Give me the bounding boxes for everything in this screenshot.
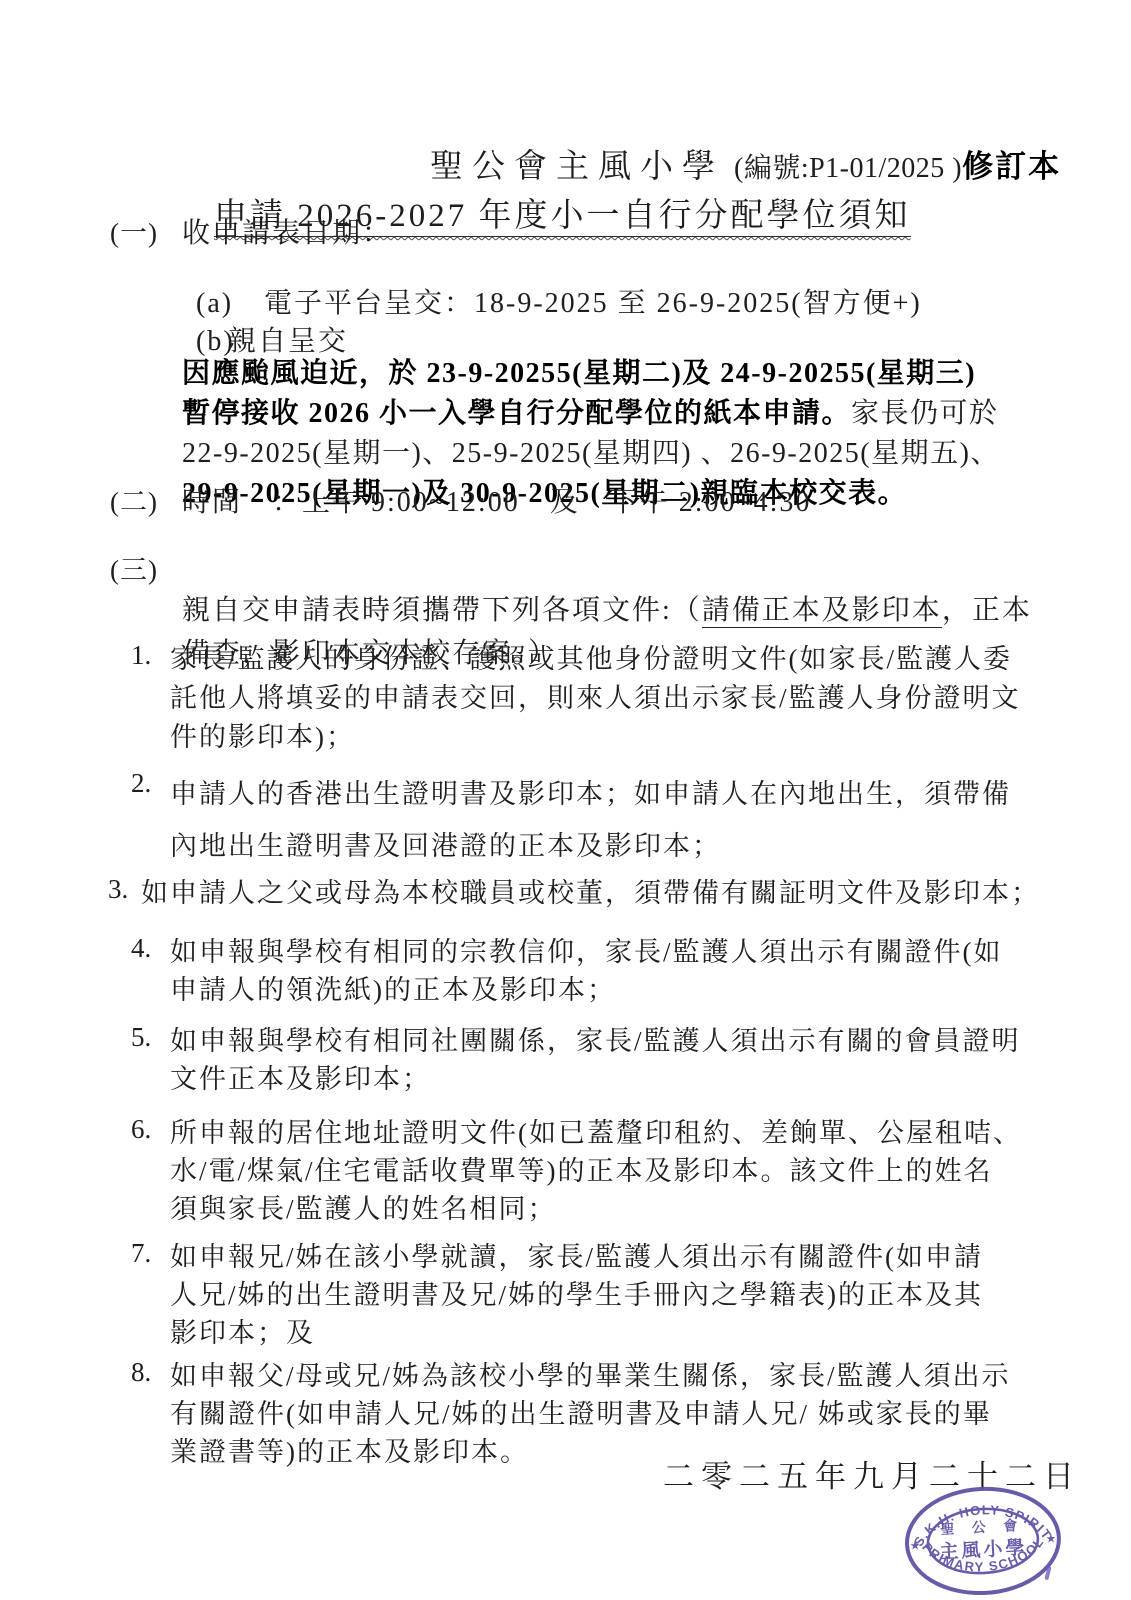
section-2-text: 時間 ：上午 9:00~12:00 及 下午 2:00~4:30 <box>182 480 811 520</box>
item-5-text: 如申報與學校有相同社團關係，家長/監護人須出示有關的會員證明 文件正本及影印本； <box>170 1022 1055 1098</box>
item-6-number: 6. <box>131 1114 151 1145</box>
item-5-number: 5. <box>131 1022 151 1053</box>
section-2-number: (二) <box>110 480 158 519</box>
section-3-number: (三) <box>110 548 158 587</box>
revision-label: 修訂本 <box>962 149 1061 184</box>
item-6-text: 所申報的居住地址證明文件(如已蓋釐印租約、差餉單、公屋租咭、 水/電/煤氣/住宅… <box>170 1114 1055 1228</box>
section-3-pre: 親自交申請表時須攜帶下列各項文件:（ <box>182 595 702 626</box>
section-1-heading: 收申請表日期： <box>182 211 392 251</box>
item-1-text: 家長/監護人的身份證、護照或其他身份證明文件(如家長/監護人委 託他人將填妥的申… <box>170 640 1055 757</box>
item-7-number: 7. <box>131 1238 151 1269</box>
item-4-number: 4. <box>131 933 151 964</box>
stamp-inner-line-2: 主風小學 <box>939 1536 1028 1564</box>
section-1-number: (一) <box>110 211 158 250</box>
item-8-number: 8. <box>131 1357 151 1388</box>
stamp-star-right-icon: ★ <box>1045 1531 1056 1546</box>
item-1-number: 1. <box>131 640 151 671</box>
item-2-number: 2. <box>131 768 151 799</box>
item-3-text: 如申請人之父或母為本校職員或校董，須帶備有關証明文件及影印本； <box>141 874 1056 913</box>
item-7-text: 如申報兄/姊在該小學就讀，家長/監護人須出示有關證件(如申請 人兄/姊的出生證明… <box>170 1238 1055 1352</box>
item-2-text: 申請人的香港出生證明書及影印本；如申請人在內地出生，須帶備 內地出生證明書及回港… <box>170 768 1055 872</box>
stamp-star-left-icon: ★ <box>909 1538 920 1553</box>
item-3-number: 3. <box>108 874 128 905</box>
document-page: 聖公會主風小學(編號:P1-01/2025 )修訂本 申請 2026-2027 … <box>0 0 1131 1600</box>
section-3-underlined: 請備正本及影印本 <box>702 595 942 628</box>
school-stamp-graphic: S.K.H. HOLY SPIRIT PRIMARY SCHOOL ★ ★ 聖 … <box>900 1482 1066 1600</box>
item-4-text: 如申報與學校有相同的宗教信仰，家長/監護人須出示有關證件(如 申請人的領洗紙)的… <box>170 933 1055 1009</box>
school-stamp: S.K.H. HOLY SPIRIT PRIMARY SCHOOL ★ ★ 聖 … <box>899 1464 1065 1582</box>
